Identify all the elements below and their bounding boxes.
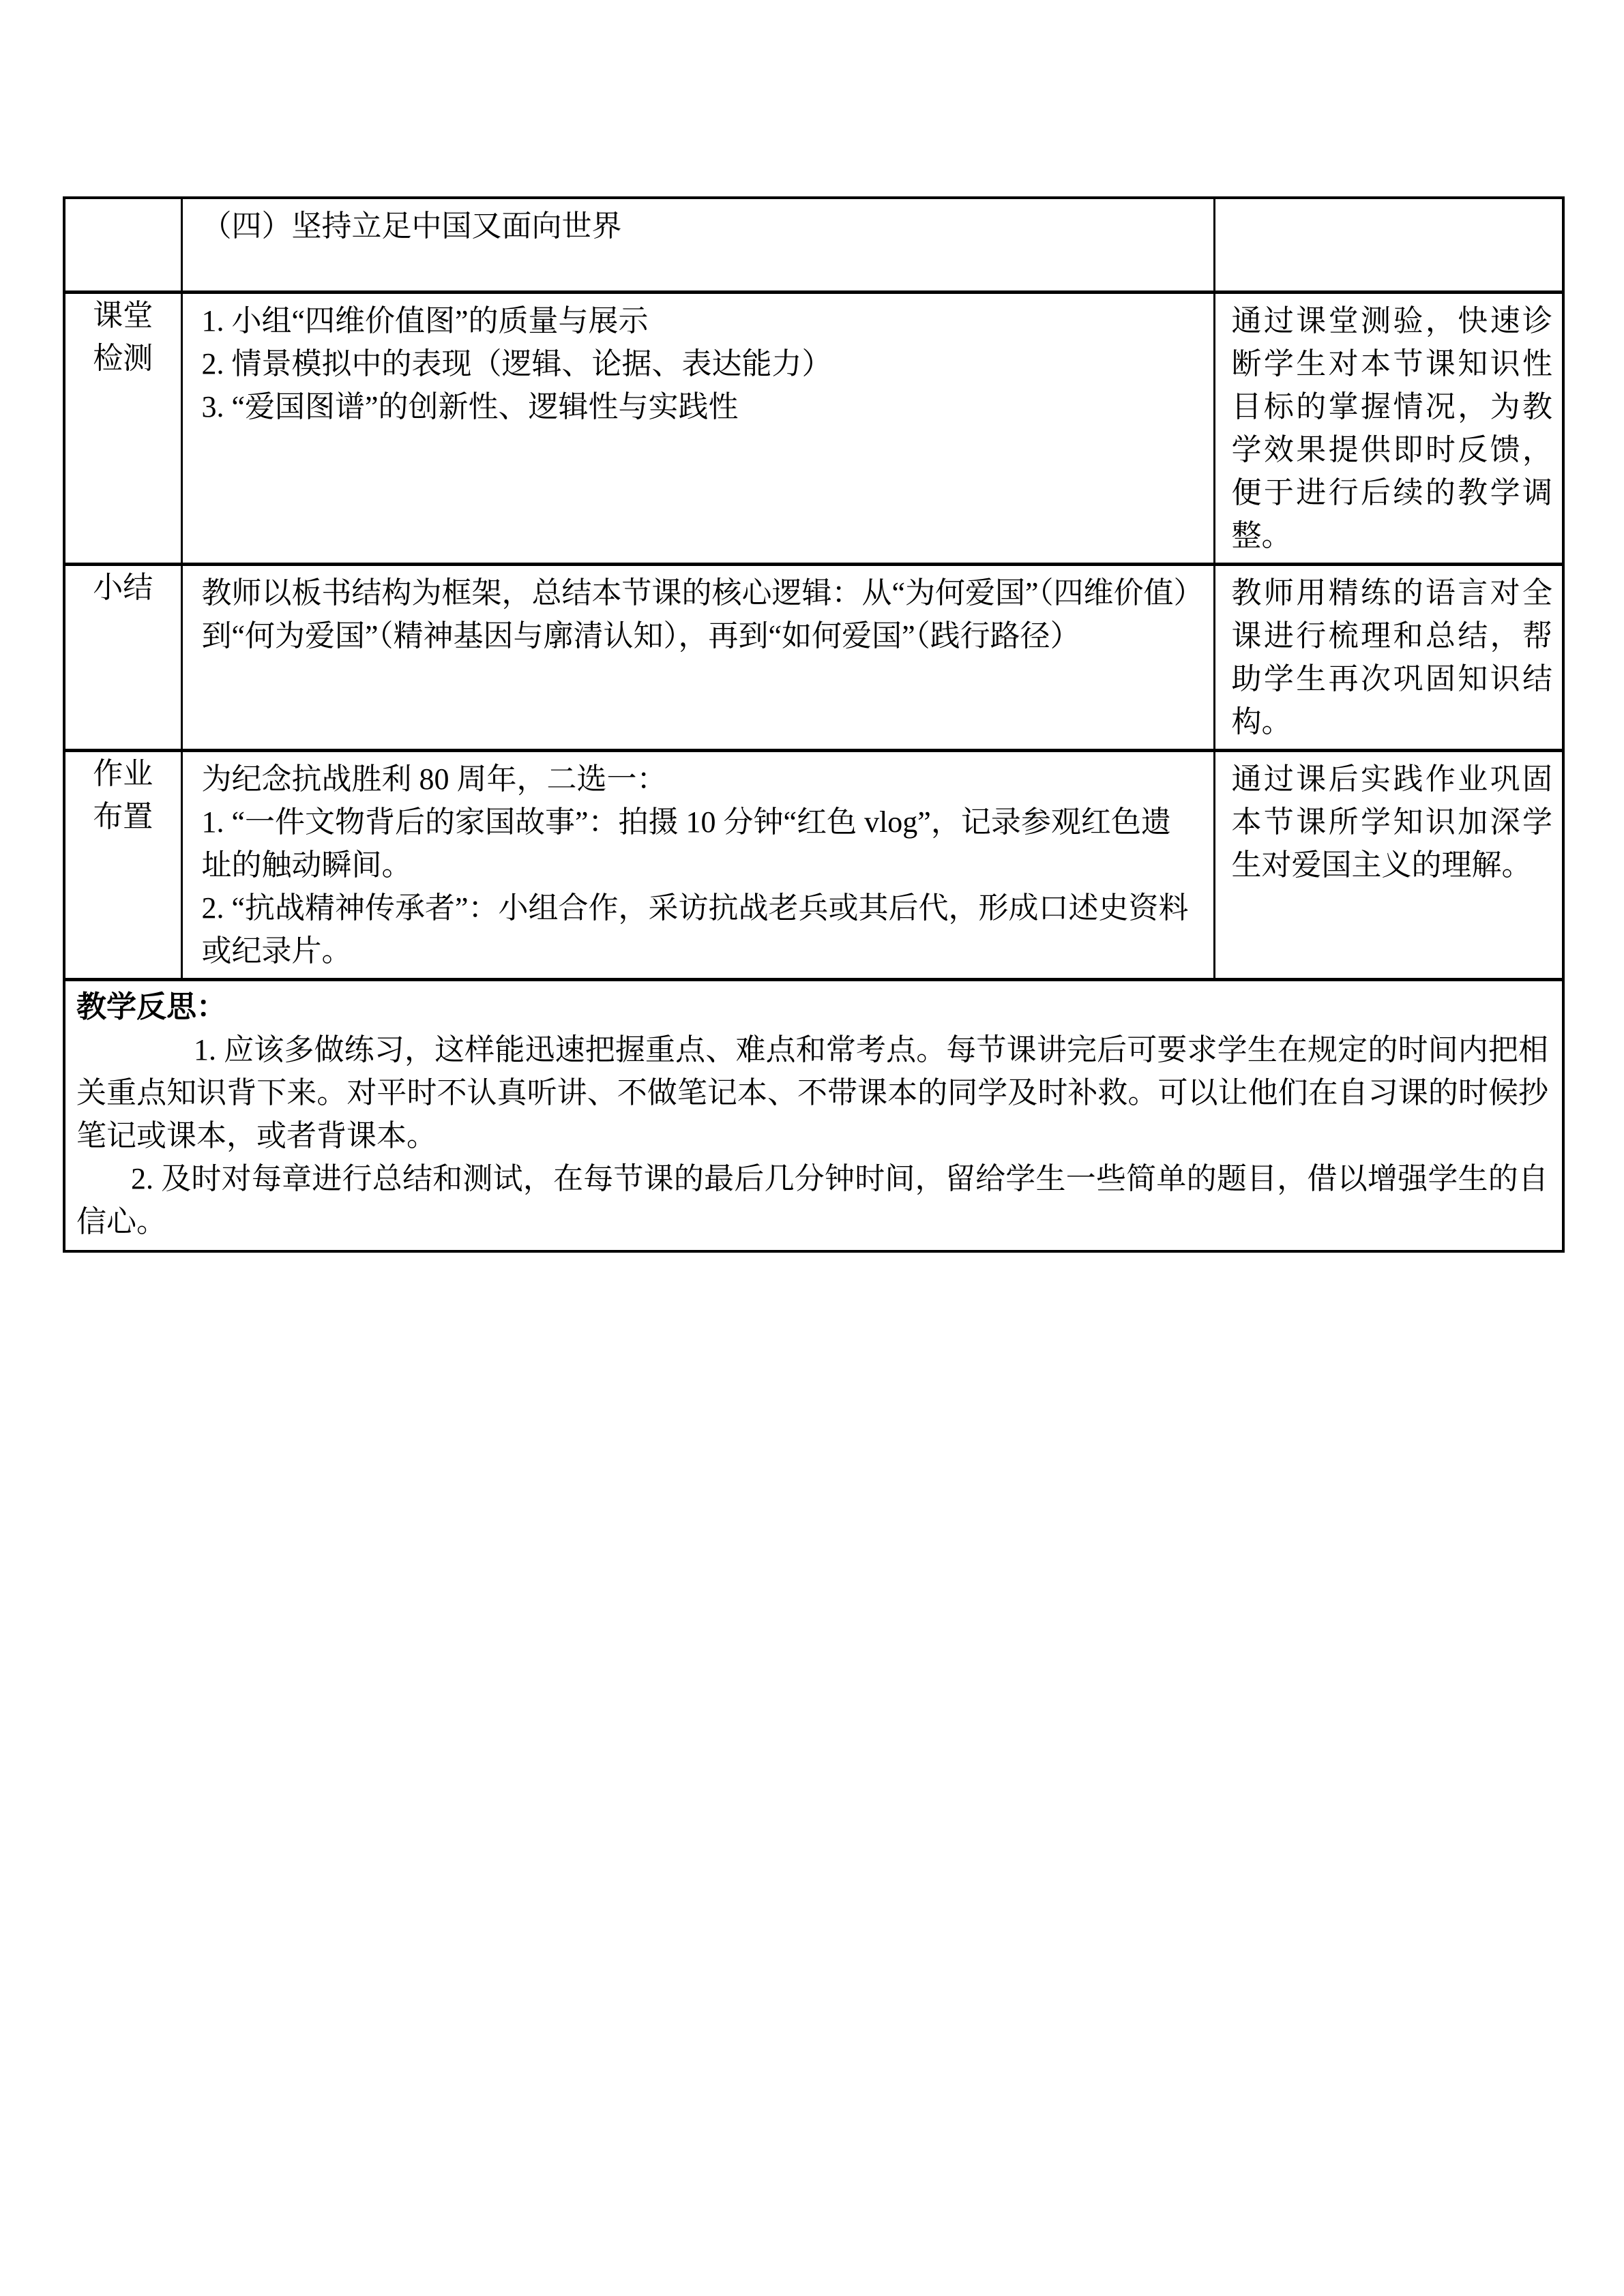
teaching-reflection-paragraph-1: 1. 应该多做练习，这样能迅速把握重点、难点和常考点。每节课讲完后可要求学生在规…	[76, 1028, 1548, 1157]
row-label-classroom-test: 课堂 检测	[64, 292, 181, 564]
homework-note: 通过课后实践作业巩固本节课所学知识加深学生对爱国主义的理解。	[1214, 750, 1563, 979]
classroom-test-item-1: 1. 小组“四维价值图”的质量与展示	[202, 299, 1198, 342]
homework-option-1: 1. “一件文物背后的家国故事”：拍摄 10 分钟“红色 vlog”，记录参观红…	[202, 801, 1198, 886]
note-cell-empty	[1214, 198, 1563, 292]
classroom-test-note: 通过课堂测验，快速诊断学生对本节课知识性目标的掌握情况，为教学效果提供即时反馈，…	[1214, 292, 1563, 564]
section-heading-cell: （四）坚持立足中国又面向世界	[181, 198, 1214, 292]
summary-text: 教师以板书结构为框架，总结本节课的核心逻辑：从“为何爱国”（四维价值）到“何为爱…	[202, 571, 1198, 657]
table-row-section-heading: （四）坚持立足中国又面向世界	[64, 198, 1563, 292]
section-heading-text: （四）坚持立足中国又面向世界	[202, 205, 1198, 248]
classroom-test-content-cell: 1. 小组“四维价值图”的质量与展示 2. 情景模拟中的表现（逻辑、论据、表达能…	[181, 292, 1214, 564]
lesson-plan-table: （四）坚持立足中国又面向世界 课堂 检测 1. 小组“四维价值图”的质量与展示 …	[63, 196, 1565, 1253]
row-label-cell-empty	[64, 198, 181, 292]
homework-content-cell: 为纪念抗战胜利 80 周年，二选一： 1. “一件文物背后的家国故事”：拍摄 1…	[181, 750, 1214, 979]
row-label-homework: 作业 布置	[64, 750, 181, 979]
table-row-homework: 作业 布置 为纪念抗战胜利 80 周年，二选一： 1. “一件文物背后的家国故事…	[64, 750, 1563, 979]
classroom-test-item-2: 2. 情景模拟中的表现（逻辑、论据、表达能力）	[202, 342, 1198, 385]
homework-intro: 为纪念抗战胜利 80 周年，二选一：	[202, 758, 1198, 801]
table-row-summary: 小结 教师以板书结构为框架，总结本节课的核心逻辑：从“为何爱国”（四维价值）到“…	[64, 564, 1563, 750]
summary-content-cell: 教师以板书结构为框架，总结本节课的核心逻辑：从“为何爱国”（四维价值）到“何为爱…	[181, 564, 1214, 750]
table-row-classroom-test: 课堂 检测 1. 小组“四维价值图”的质量与展示 2. 情景模拟中的表现（逻辑、…	[64, 292, 1563, 564]
table-row-reflection: 教学反思： 1. 应该多做练习，这样能迅速把握重点、难点和常考点。每节课讲完后可…	[64, 979, 1563, 1251]
homework-option-2: 2. “抗战精神传承者”：小组合作，采访抗战老兵或其后代，形成口述史资料或纪录片…	[202, 886, 1198, 972]
document-page: （四）坚持立足中国又面向世界 课堂 检测 1. 小组“四维价值图”的质量与展示 …	[0, 0, 1624, 2296]
teaching-reflection-cell: 教学反思： 1. 应该多做练习，这样能迅速把握重点、难点和常考点。每节课讲完后可…	[64, 979, 1563, 1251]
teaching-reflection-paragraph-2: 2. 及时对每章进行总结和测试，在每节课的最后几分钟时间，留给学生一些简单的题目…	[76, 1157, 1548, 1243]
classroom-test-item-3: 3. “爱国图谱”的创新性、逻辑性与实践性	[202, 385, 1198, 428]
summary-note: 教师用精练的语言对全课进行梳理和总结，帮助学生再次巩固知识结构。	[1214, 564, 1563, 750]
row-label-summary: 小结	[64, 564, 181, 750]
teaching-reflection-heading: 教学反思：	[76, 985, 1548, 1028]
